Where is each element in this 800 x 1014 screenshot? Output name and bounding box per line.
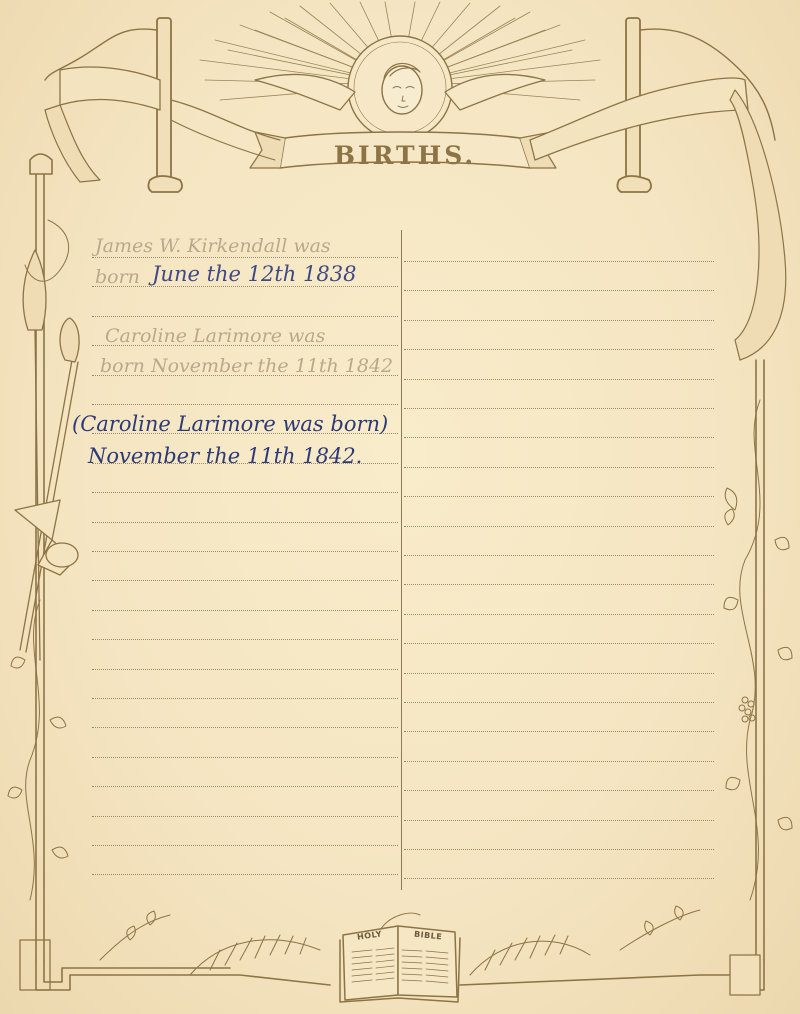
entry-1-line-2-ink: June the 12th 1838: [152, 262, 356, 286]
entry-3-line-1: (Caroline Larimore was born): [72, 412, 388, 436]
ruled-line-left: [92, 580, 398, 581]
ruled-line-left: [92, 610, 398, 611]
page-title: BIRTHS.: [330, 141, 480, 170]
entry-3-line-2: November the 11th 1842.: [88, 444, 362, 468]
ruled-line-right: [404, 496, 714, 497]
torches-and-hourglass-icon: [15, 220, 79, 660]
entry-2-line-2: born November the 11th 1842: [100, 355, 393, 377]
ruled-line-left: [92, 727, 398, 728]
ruled-line-right: [404, 467, 714, 468]
ruled-line-right: [404, 790, 714, 791]
entry-1-line-2-prefix: born: [95, 266, 140, 288]
ruled-line-left: [92, 698, 398, 699]
ruled-line-right: [404, 349, 714, 350]
ruled-line-right: [404, 408, 714, 409]
ruled-line-left: [92, 492, 398, 493]
right-banner-pole: [530, 18, 786, 360]
ruled-line-right: [404, 761, 714, 762]
bird-icon: [725, 509, 734, 525]
ruled-line-left: [92, 257, 398, 258]
ruled-line-right: [404, 290, 714, 291]
grape-vine-icon: [724, 400, 792, 900]
ruled-line-left: [92, 786, 398, 787]
ruled-line-right: [404, 849, 714, 850]
ruled-line-left: [92, 816, 398, 817]
ruled-line-left: [92, 845, 398, 846]
ruled-line-left: [92, 669, 398, 670]
ruled-line-right: [404, 878, 714, 879]
left-banner-pole: [45, 18, 280, 192]
ruled-line-right: [404, 526, 714, 527]
births-register-page: BIRTHS. HOLY BIBLE James W. Kirkendall w…: [0, 0, 800, 1014]
ruled-line-right: [404, 261, 714, 262]
ruled-line-right: [404, 820, 714, 821]
ruled-line-right: [404, 320, 714, 321]
ruled-line-right: [404, 379, 714, 380]
ruled-line-right: [404, 614, 714, 615]
column-divider: [401, 230, 402, 890]
ruled-line-right: [404, 702, 714, 703]
right-wing: [445, 74, 545, 110]
ruled-line-left: [92, 639, 398, 640]
ruled-line-left: [92, 522, 398, 523]
entry-1-line-1: James W. Kirkendall was: [95, 235, 331, 257]
ruled-line-left: [92, 757, 398, 758]
ruled-line-left: [92, 551, 398, 552]
left-vine: [8, 600, 68, 900]
ruled-line-right: [404, 643, 714, 644]
left-wing: [255, 74, 355, 110]
ruled-line-left: [92, 316, 398, 317]
entry-2-line-1: Caroline Larimore was: [105, 325, 325, 347]
ruled-line-left: [92, 874, 398, 875]
ruled-line-right: [404, 555, 714, 556]
ruled-line-left: [92, 404, 398, 405]
ruled-line-right: [404, 673, 714, 674]
ruled-line-right: [404, 731, 714, 732]
ruled-line-right: [404, 437, 714, 438]
ruled-line-right: [404, 584, 714, 585]
